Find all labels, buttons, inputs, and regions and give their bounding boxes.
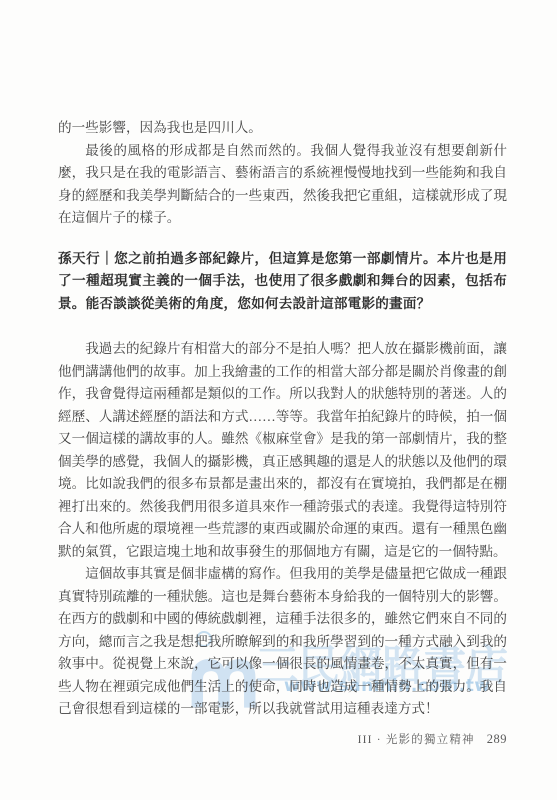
page-number: 289 <box>487 732 507 746</box>
interviewer-question: 孫天行｜您之前拍過多部紀錄片，但這算是您第一部劇情片。本片也是用了一種超現實主義… <box>58 248 507 316</box>
chapter-label: III · 光影的獨立精神 <box>358 734 475 746</box>
answer-paragraph-2: 這個故事其實是個非虛構的寫作。但我用的美學是儘量把它做成一種跟真實特別疏離的一種… <box>58 563 507 721</box>
paragraph-style: 最後的風格的形成都是自然而然的。我個人覺得我並沒有想要創新什麼，我只是在我的電影… <box>58 140 507 230</box>
page-text-block: 的一些影響，因為我也是四川人。 最後的風格的形成都是自然而然的。我個人覺得我並沒… <box>58 117 507 721</box>
page-footer: III · 光影的獨立精神289 <box>358 731 507 747</box>
paragraph-opening-line: 的一些影響，因為我也是四川人。 <box>58 117 507 140</box>
answer-paragraph-1: 我過去的紀錄片有相當大的部分不是拍人嗎？把人放在攝影機前面，讓他們講講他們的故事… <box>58 338 507 563</box>
book-page-scan: 三民網路書店 www.sanmin.com.tw 的一些影響，因為我也是四川人。… <box>0 0 557 800</box>
